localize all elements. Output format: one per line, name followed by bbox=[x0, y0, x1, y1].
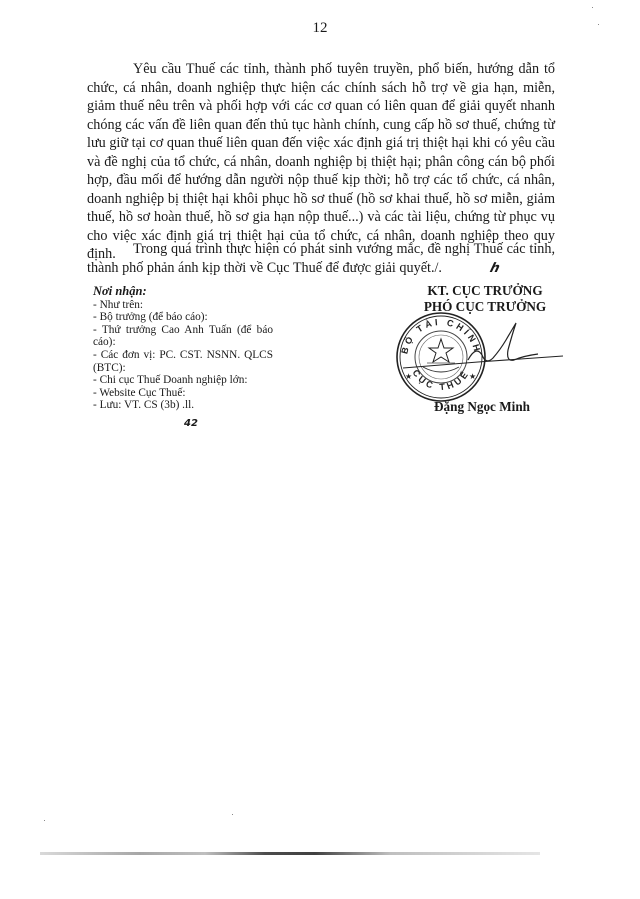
recipient-item: - Thứ trưởng Cao Anh Tuấn (để báo cáo): bbox=[93, 324, 273, 349]
recipient-item: - Chi cục Thuế Doanh nghiệp lớn: bbox=[93, 374, 273, 387]
scan-artifact-line bbox=[40, 852, 540, 855]
handwritten-count: 42 bbox=[184, 418, 198, 429]
scan-speck bbox=[598, 24, 599, 25]
scan-speck bbox=[592, 7, 593, 8]
recipient-item: - Lưu: VT. CS (3b) .ll. bbox=[93, 399, 273, 412]
recipients-list: Nơi nhận: - Như trên: - Bộ trưởng (để bá… bbox=[93, 285, 273, 412]
recipients-heading: Nơi nhận: bbox=[93, 285, 273, 298]
paragraph-text: Yêu cầu Thuế các tỉnh, thành phố tuyên t… bbox=[87, 60, 555, 264]
page-number: 12 bbox=[0, 20, 640, 37]
signature-title-line1: KT. CỤC TRƯỞNG bbox=[400, 283, 570, 299]
scan-speck bbox=[232, 814, 233, 815]
signer-name: Đặng Ngọc Minh bbox=[434, 399, 530, 415]
recipient-item: - Các đơn vị: PC. CST. NSNN. QLCS (BTC): bbox=[93, 349, 273, 374]
body-paragraph-2: Trong quá trình thực hiện có phát sinh v… bbox=[87, 240, 555, 288]
handwritten-signature-icon bbox=[398, 320, 568, 380]
recipient-item: - Như trên: bbox=[93, 299, 273, 312]
paragraph-closing: Trong quá trình thực hiện có phát sinh v… bbox=[87, 240, 555, 278]
recipient-item: - Website Cục Thuế: bbox=[93, 387, 273, 400]
handwritten-initial: h bbox=[442, 260, 502, 279]
scan-speck bbox=[44, 820, 45, 821]
recipient-item: - Bộ trưởng (để báo cáo): bbox=[93, 311, 273, 324]
